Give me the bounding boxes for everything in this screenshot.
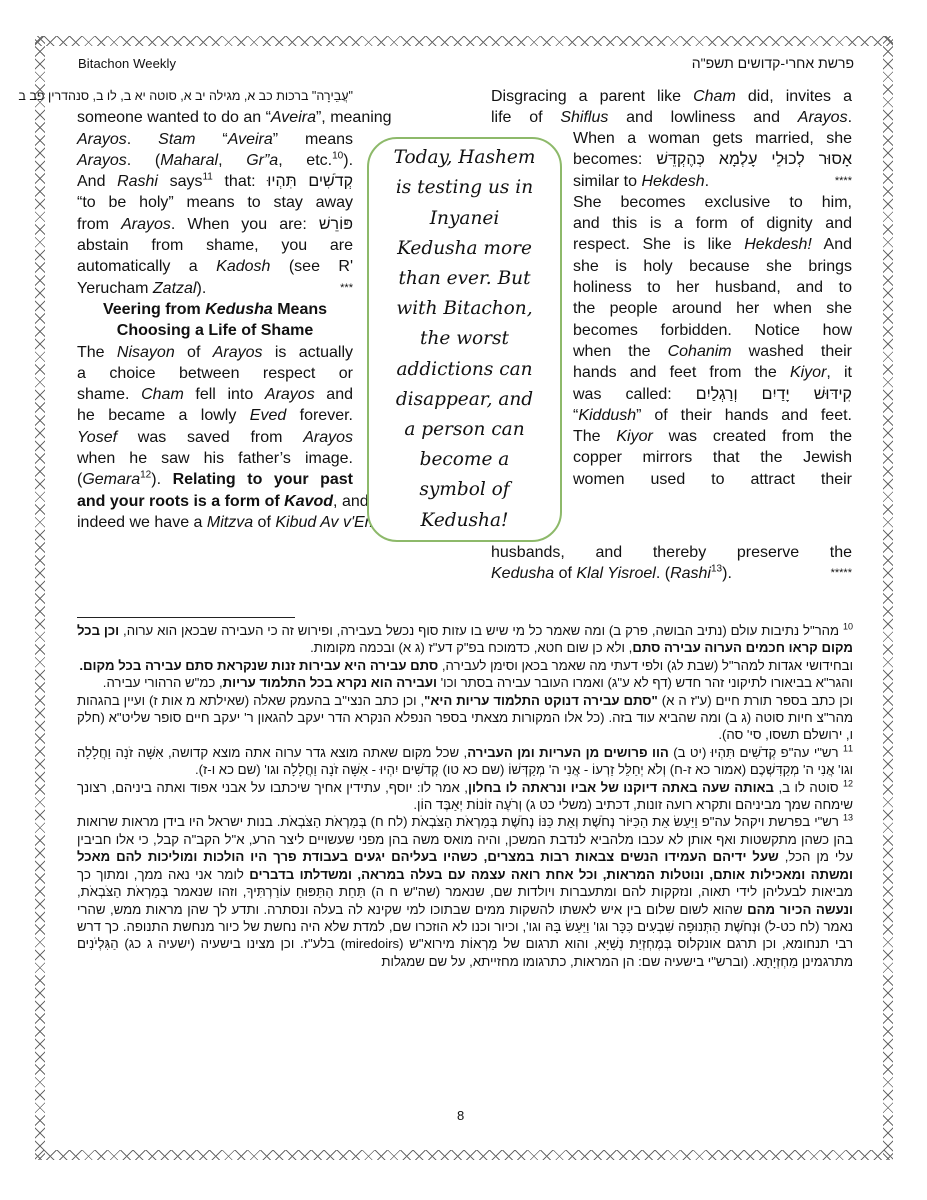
text-line: and your roots is a form of Kavod, and xyxy=(77,491,353,512)
text-line: someone wanted to do an “Aveira”, meanin… xyxy=(77,107,353,128)
text-line: “Kiddush” of their hands and feet. xyxy=(573,405,852,426)
left-column: "עֲבֵירָה" ברכות כב א, מגילה יב א, סוטה … xyxy=(77,86,353,533)
text-line: And Rashi says11 that: קְדֹשִׁים תִּהְיו… xyxy=(77,171,353,192)
text-line: becomes: אָסוּר לְכוּלֵי עָלְמָא כְּהֶקְ… xyxy=(573,149,852,170)
quote-line: addictions can xyxy=(394,355,536,385)
text-line: Arayos. (Maharal, Gr”a, etc.10). xyxy=(77,150,353,171)
footnote-10: 10 מהר"ל נתיבות עולם (נתיב הבושה, פרק ב)… xyxy=(77,622,853,657)
footnote-12: 12 סוטה לו ב, באותה שעה באתה דיוקנו של א… xyxy=(77,779,853,814)
text-line: when he saw his father’s image. xyxy=(77,448,353,469)
border-top xyxy=(35,36,893,46)
pull-quote-text: Today, Hashem is testing us in Inyanei K… xyxy=(388,143,542,536)
footnote-10-b: ובחידושי אגדות למהר"ל (שבת לג) ולפי דעתי… xyxy=(77,657,853,674)
section-heading: Veering from Kedusha Means xyxy=(77,299,353,320)
text-line: "עֲבֵירָה" ברכות כב א, מגילה יב א, סוטה … xyxy=(77,86,353,107)
parsha-title: פרשת אחרי-קדושים תשפ"ה xyxy=(692,55,854,71)
quote-line: Kedusha more xyxy=(394,234,536,264)
page-number: 8 xyxy=(457,1108,464,1123)
quote-line: become a xyxy=(394,445,536,475)
border-right xyxy=(883,36,893,1160)
text-line: women used to attract their xyxy=(573,469,852,490)
footnote-11: 11 רש"י עה"פ קְדֹשִׁים תִּהְיוּ (יט ב) ה… xyxy=(77,744,853,779)
text-line: husbands, and thereby preserve the xyxy=(491,542,852,563)
text-line: a choice between respect or xyxy=(77,363,353,384)
quote-line: Kedusha! xyxy=(394,506,536,536)
border-bottom xyxy=(35,1150,893,1160)
text-line: he became a lowly Eved forever. xyxy=(77,405,353,426)
text-line: The Nisayon of Arayos is actually xyxy=(77,342,353,363)
footnote-separator xyxy=(77,617,295,618)
text-line: “to be holy” means to stay away xyxy=(77,192,353,213)
border-left xyxy=(35,36,45,1160)
text-line: Yosef was saved from Arayos xyxy=(77,427,353,448)
footnote-13: 13 רש"י בפרשת ויקהל עה"פ וַיַּעַשׂ אֵת ה… xyxy=(77,813,853,970)
footnote-number: 10 xyxy=(843,622,853,632)
text-line: becomes forbidden. Notice how xyxy=(573,320,852,341)
quote-line: disappear, and xyxy=(394,385,536,415)
footnote-number: 12 xyxy=(843,778,853,788)
text-line: indeed we have a Mitzva of Kibud Av v'Em… xyxy=(77,512,353,533)
text-line: Arayos. Stam “Aveira” means xyxy=(77,129,353,150)
text-line: shame. Cham fell into Arayos and xyxy=(77,384,353,405)
text-line: she is holy because she brings xyxy=(573,256,852,277)
quote-line: symbol of xyxy=(394,475,536,505)
text-line: Kedusha of Klal Yisroel. (Rashi13).***** xyxy=(491,563,852,584)
right-column: When a woman gets married, she becomes: … xyxy=(573,128,852,490)
footnote-number: 11 xyxy=(843,743,853,753)
text-line: When a woman gets married, she xyxy=(573,128,852,149)
footnote-10-c: והגר"א בביאורו לתיקוני זהר חדש (דף לא ע"… xyxy=(77,674,853,691)
quote-line: Inyanei xyxy=(394,204,536,234)
text-line: The Kiyor was created from the xyxy=(573,426,852,447)
publication-title: Bitachon Weekly xyxy=(78,56,176,71)
right-column-top: Disgracing a parent like Cham did, invit… xyxy=(491,86,852,129)
text-line: was called: קִידּוּשׁ יָדַיִם וְרַגְלַיִ… xyxy=(573,384,852,405)
right-column-bottom: husbands, and thereby preserve the Kedus… xyxy=(491,542,852,585)
text-line: similar to Hekdesh.**** xyxy=(573,171,852,192)
text-line: Disgracing a parent like Cham did, invit… xyxy=(491,86,852,107)
quote-line: than ever. But xyxy=(394,264,536,294)
text-line: She becomes exclusive to him, xyxy=(573,192,852,213)
text-line: the people around her when she xyxy=(573,298,852,319)
text-line: Yerucham Zatzal).*** xyxy=(77,278,353,299)
text-line: automatically a Kadosh (see R' xyxy=(77,256,353,277)
footnote-number: 13 xyxy=(843,813,853,823)
footnotes: 10 מהר"ל נתיבות עולם (נתיב הבושה, פרק ב)… xyxy=(77,622,853,970)
quote-line: Today, Hashem xyxy=(394,143,536,173)
text-line: copper mirrors that the Jewish xyxy=(573,447,852,468)
quote-line: the worst xyxy=(394,324,536,354)
text-line: and this is a form of dignity and xyxy=(573,213,852,234)
text-line: life of Shiflus and lowliness and Arayos… xyxy=(491,107,852,128)
text-line: respect. She is like Hekdesh! And xyxy=(573,234,852,255)
quote-line: with Bitachon, xyxy=(394,294,536,324)
quote-line: a person can xyxy=(394,415,536,445)
text-line: (Gemara12). Relating to your past xyxy=(77,469,353,490)
text-line: when the Cohanim washed their xyxy=(573,341,852,362)
quote-line: is testing us in xyxy=(394,173,536,203)
text-line: abstain from shame, you are xyxy=(77,235,353,256)
text-line: holiness to her husband, and to xyxy=(573,277,852,298)
text-line: hands and feet from the Kiyor, it xyxy=(573,362,852,383)
text-line: from Arayos. When you are: פּוֹרֵשׁ xyxy=(77,214,353,235)
footnote-10-d: וכן כתב בספר תורת חיים (ע"ז ה א) "סתם עב… xyxy=(77,692,853,744)
section-heading: Choosing a Life of Shame xyxy=(77,320,353,341)
pull-quote-box: Today, Hashem is testing us in Inyanei K… xyxy=(367,137,562,542)
